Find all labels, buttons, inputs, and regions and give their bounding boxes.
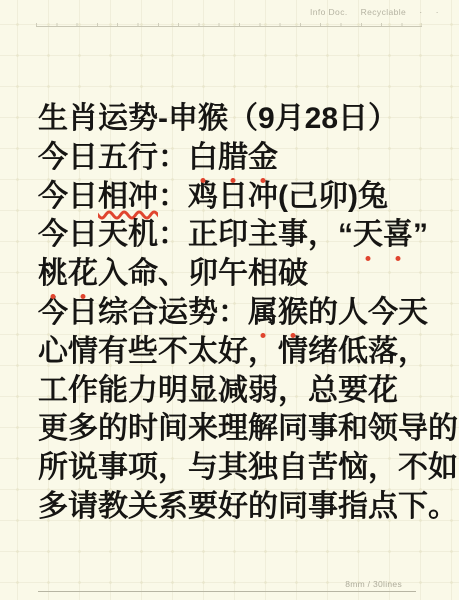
text-line: 更多的时间来理解同事和领导的 [38, 410, 458, 449]
text-line: 所说事项，与其独自苦恼，不如 [38, 449, 458, 488]
paper-header-meta: Info Doc. Recyclable · · [310, 7, 439, 17]
notebook-page: Info Doc. Recyclable · · 生肖运势-申猴（9月28日）今… [0, 0, 459, 600]
paper-header-label-recyclable: Recyclable [361, 7, 407, 17]
plain-text: 今日 [38, 180, 98, 213]
paper-header-label-info: Info Doc. [310, 7, 348, 17]
plain-text: 生肖运势-申猴（9月28日） [38, 102, 398, 135]
emphasized-char: 天 [353, 216, 383, 255]
plain-text: 的人今天 [308, 296, 428, 329]
header-dot-1: · [419, 7, 422, 17]
text-line: 多请教关系要好的同事指点下。 [38, 488, 458, 527]
plain-text: 鸡日冲(己卯)兔 [188, 180, 388, 213]
wavy-underlined-text: 相冲 [98, 180, 158, 213]
plain-text: 更多的时间来理解同事和领导的 [38, 412, 458, 445]
emphasized-char: 白 [188, 139, 218, 178]
text-line: 今日综合运势：属猴的人今天 [38, 294, 458, 333]
header-dot-2: · [436, 7, 439, 17]
paper-spec-label: 8mm / 30lines [345, 579, 402, 589]
text-line: 心情有些不太好，情绪低落， [38, 333, 458, 372]
text-line: 桃花入命、卯午相破 [38, 255, 458, 294]
plain-text: 今日五行： [38, 141, 188, 174]
text-line: 生肖运势-申猴（9月28日） [38, 100, 458, 139]
plain-text: 今日综合运势： [38, 296, 248, 329]
plain-text: 入命、卯午相破 [98, 257, 308, 290]
emphasized-char: 花 [68, 255, 98, 294]
text-line: 今日五行：白腊金 [38, 139, 458, 178]
text-line: 今日相冲：鸡日冲(己卯)兔 [38, 178, 458, 217]
top-ruler-line [36, 21, 422, 27]
emphasized-char: 属 [248, 294, 278, 333]
text-line: 今日天机：正印主事，“天喜” [38, 216, 458, 255]
text-line: 工作能力明显减弱，总要花 [38, 372, 458, 411]
plain-text: ： [158, 180, 188, 213]
bottom-ruler-line [38, 591, 416, 592]
plain-text: 今日天机：正印主事，“ [38, 218, 353, 251]
emphasized-char: 猴 [278, 294, 308, 333]
emphasized-char: 桃 [38, 255, 68, 294]
emphasized-char: 金 [248, 139, 278, 178]
plain-text: 工作能力明显减弱，总要花 [38, 374, 398, 407]
plain-text: ” [413, 218, 428, 251]
plain-text: 多请教关系要好的同事指点下。 [38, 490, 458, 523]
plain-text: 所说事项，与其独自苦恼，不如 [38, 451, 458, 484]
plain-text: 心情有些不太好，情绪低落， [38, 335, 428, 368]
emphasized-char: 腊 [218, 139, 248, 178]
fortune-text: 生肖运势-申猴（9月28日）今日五行：白腊金今日相冲：鸡日冲(己卯)兔今日天机：… [38, 100, 458, 527]
emphasized-char: 喜 [383, 216, 413, 255]
